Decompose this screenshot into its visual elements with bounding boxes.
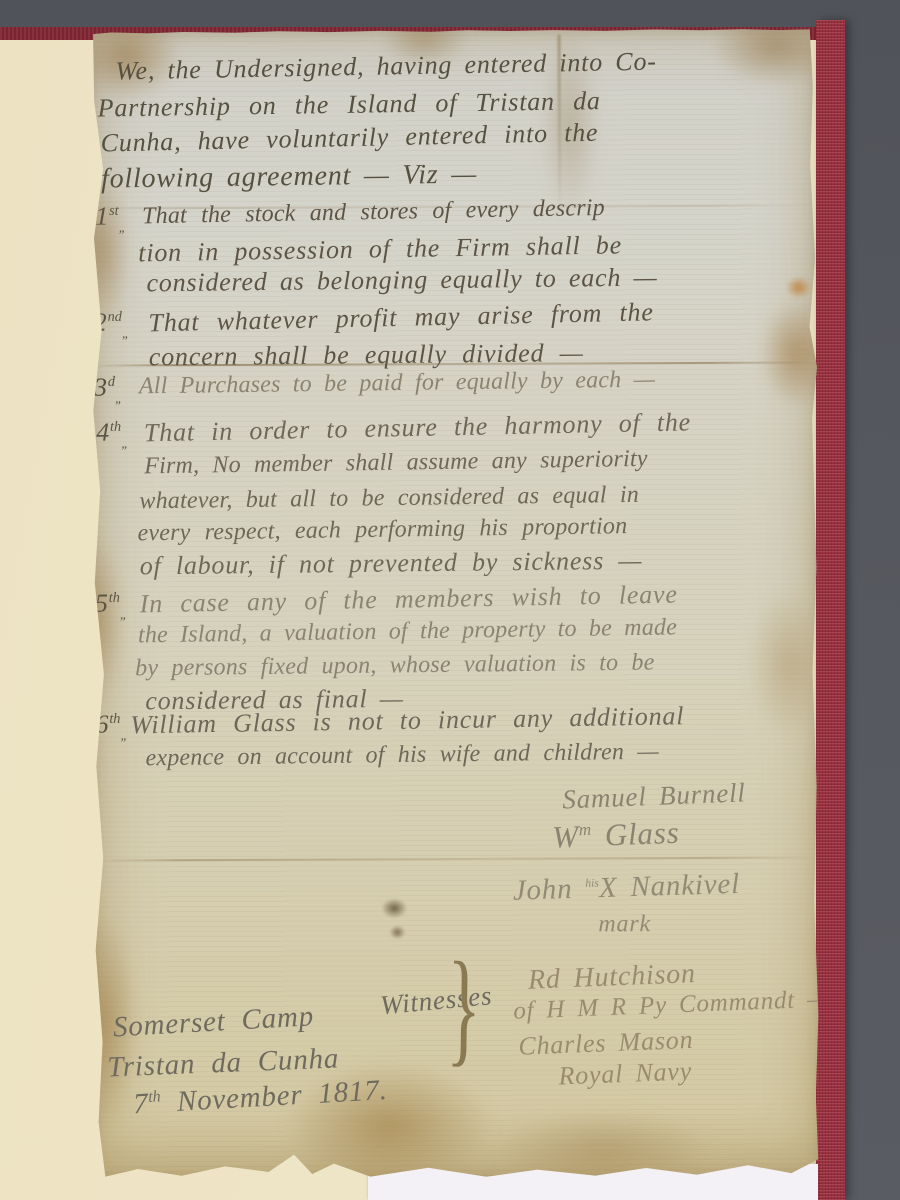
clause-4-line-2: Firm, No member shall assume any superio… xyxy=(144,446,648,480)
opening-line-2: Partnership on the Island of Tristan da xyxy=(97,86,601,123)
stain-ink-blot-2 xyxy=(389,925,405,939)
clause-1-number: 1st„ xyxy=(95,201,126,235)
fold-crease-lower xyxy=(93,856,819,861)
photo-background: 3 We, the Undersigned, having entered in… xyxy=(0,0,900,1200)
document-page: 3 We, the Undersigned, having entered in… xyxy=(89,28,820,1179)
signature-samuel-burnell: Samuel Burnell xyxy=(562,777,746,815)
clause-2-line-2: concern shall be equally divided — xyxy=(149,338,584,372)
clause-1-line-1: That the stock and stores of every descr… xyxy=(142,195,605,230)
signature-william-glass: Wm Glass xyxy=(552,815,680,856)
clause-4-line-4: every respect, each performing his propo… xyxy=(137,513,627,547)
opening-line-1: We, the Undersigned, having entered into… xyxy=(115,47,657,87)
clause-1-line-2: tion in possession of the Firm shall be xyxy=(138,230,622,268)
clause-3-number: 3d„ xyxy=(94,372,122,406)
signature-john-nankivel: John hisX Nankivel xyxy=(512,868,740,908)
stain-orange-dot xyxy=(786,276,812,298)
witness-line-3: Charles Mason xyxy=(518,1025,694,1062)
signature-mark-label: mark xyxy=(598,911,651,938)
clause-6-line-2: expence on account of his wife and child… xyxy=(145,739,659,773)
page-number: 3 xyxy=(855,36,864,56)
clause-1-line-3: considered as belonging equally to each … xyxy=(146,263,657,299)
witness-line-4: Royal Navy xyxy=(558,1056,693,1091)
clause-2-line-1: That whatever profit may arise from the xyxy=(148,297,654,338)
stain-ink-blot-1 xyxy=(381,898,407,918)
clause-5-line-1: In case any of the members wish to leave xyxy=(140,580,678,620)
clause-3-line-1: All Purchases to be paid for equally by … xyxy=(139,367,656,401)
book-cover-right-edge xyxy=(816,20,845,1200)
clause-5-line-2: the Island, a valuation of the property … xyxy=(138,614,677,649)
opening-line-3: Cunha, have voluntarily entered into the xyxy=(100,118,598,159)
opening-line-4: following agreement — Viz — xyxy=(101,159,477,196)
dateline-place-1: Somerset Camp xyxy=(112,1000,315,1044)
clause-5-number: 5th„ xyxy=(95,588,127,622)
clause-5-line-3: by persons fixed upon, whose valuation i… xyxy=(135,650,655,683)
clause-4-line-5: of labour, if not prevented by sickness … xyxy=(140,546,643,582)
clause-4-number: 4th„ xyxy=(96,417,128,451)
clause-4-line-3: whatever, but all to be considered as eq… xyxy=(139,482,639,516)
clause-4-line-1: That in order to ensure the harmony of t… xyxy=(144,407,692,448)
witness-brace: } xyxy=(446,942,482,1072)
